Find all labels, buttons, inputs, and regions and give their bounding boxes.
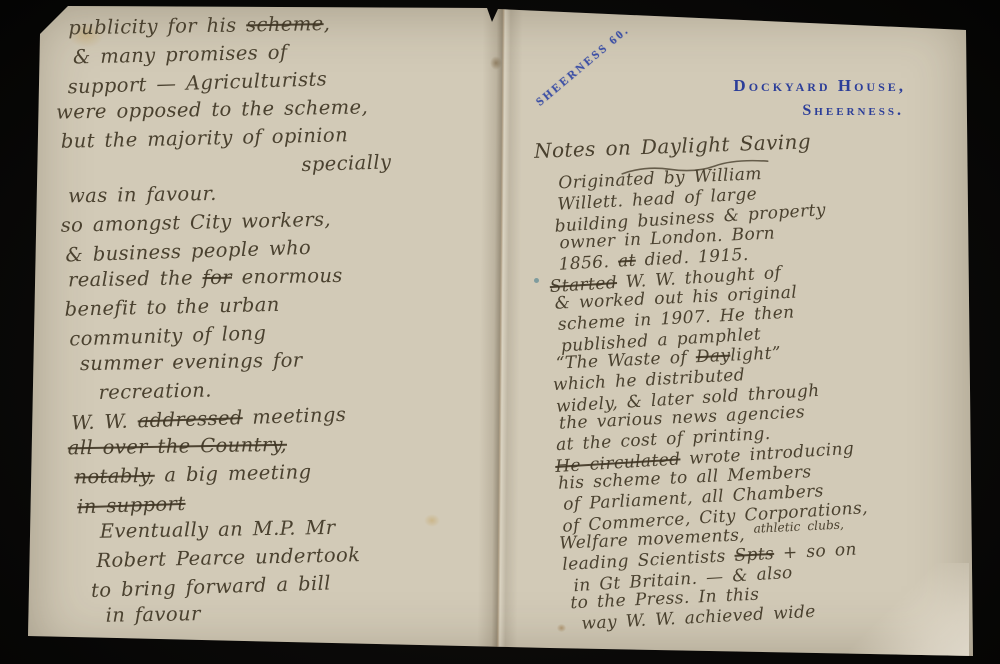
handwritten-line: in favour: [105, 595, 495, 629]
letterhead-line2: Sheerness.: [733, 96, 906, 126]
struck-text: at: [618, 251, 637, 272]
handwriting-text: light”: [730, 343, 782, 365]
handwriting-text: publicity for his: [68, 13, 246, 39]
handwriting-text: recreation.: [98, 378, 212, 404]
handwriting-text: was in favour.: [68, 182, 217, 207]
struck-text: Day: [695, 346, 730, 368]
handwritten-line: specially: [301, 145, 486, 179]
handwriting-text: Eventually an M.P. Mr: [100, 516, 336, 543]
notes-title: Notes on Daylight Saving: [534, 129, 812, 163]
struck-text: notably,: [74, 464, 155, 489]
handwriting-text: specially: [301, 150, 392, 176]
photograph-background: publicity for his scheme,& many promises…: [0, 0, 1000, 664]
letter-sheet: publicity for his scheme,& many promises…: [28, 6, 973, 658]
left-page-text: publicity for his scheme,& many promises…: [50, 6, 496, 632]
struck-text: in support: [77, 492, 186, 518]
handwriting-text: benefit to the urban: [64, 293, 280, 321]
struck-text: for: [202, 266, 232, 289]
struck-text: all over the Country,: [68, 433, 288, 460]
sheerness-stamp: SHEERNESS 60.: [534, 24, 632, 109]
struck-text: addressed: [137, 406, 243, 432]
handwriting-text: realised the: [68, 266, 203, 291]
handwriting-text: a big meeting: [154, 460, 311, 487]
struck-text: scheme: [246, 12, 324, 36]
struck-text: Spts: [734, 544, 775, 566]
handwriting-text: enormous: [232, 264, 343, 289]
handwriting-text: Robert Pearce undertook: [96, 543, 360, 572]
handwriting-text: 1856.: [558, 252, 618, 275]
handwriting-text: in favour: [105, 602, 200, 627]
page-corner-fold: [849, 563, 969, 658]
letterhead: Dockyard House, Sheerness.: [733, 76, 906, 126]
handwriting-text: community of long: [69, 321, 267, 350]
inserted-text: athletic clubs,: [753, 518, 844, 536]
handwriting-text: ,: [323, 12, 330, 35]
right-page: SHEERNESS 60. Dockyard House, Sheerness.…: [508, 6, 970, 658]
handwriting-text: so amongst City workers,: [60, 208, 331, 237]
letterhead-line1: Dockyard House,: [733, 76, 906, 96]
handwriting-text: summer evenings for: [80, 348, 303, 375]
handwriting-text: meetings: [242, 403, 346, 429]
handwriting-text: but the majority of opinion: [61, 123, 349, 153]
handwriting-text: & many promises of: [73, 41, 288, 69]
handwriting-text: W. W.: [71, 409, 138, 434]
handwriting-text: to bring forward a bill: [91, 571, 331, 602]
handwriting-text: were opposed to the scheme,: [56, 95, 368, 123]
